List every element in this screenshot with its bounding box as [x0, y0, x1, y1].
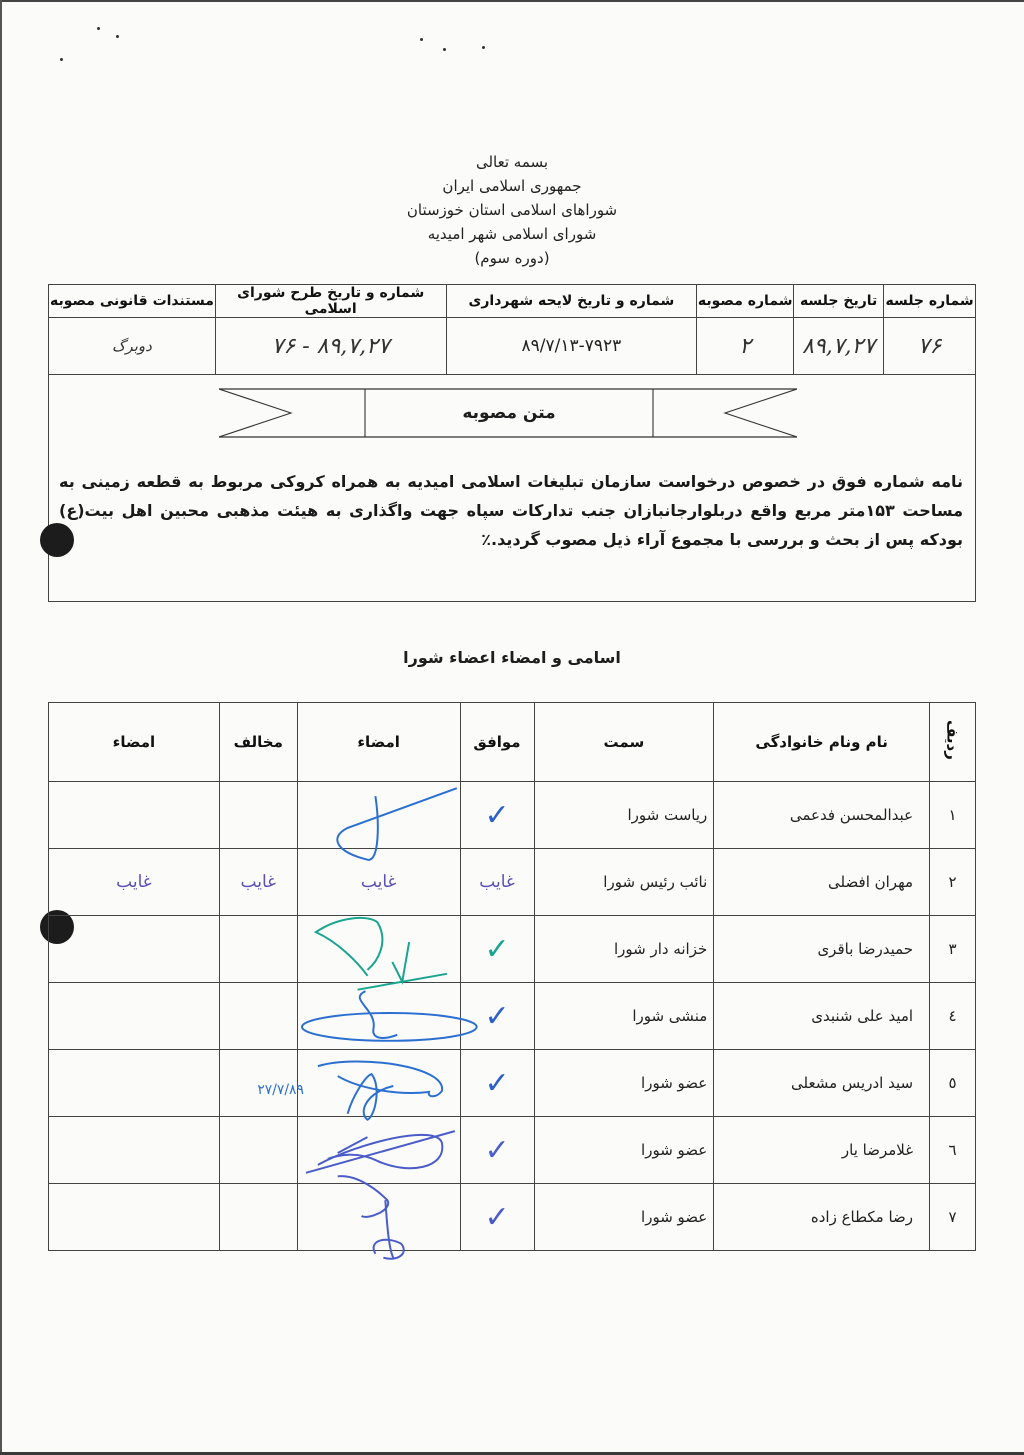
members-title: اسامی و امضاء اعضاء شورا — [362, 648, 662, 667]
member-name: امید علی شنبدی — [714, 983, 930, 1050]
session-info-value-row: ۷۶ ۸۹,۷,۲۷ ۲ ۸۹/۷/۱۳-۷۹۲۳ ۸۹,۷,۲۷ - ۷۶ د… — [49, 318, 976, 375]
council-plan-value: ۸۹,۷,۲۷ - ۷۶ — [215, 318, 446, 375]
check-mark-icon: ✓ — [484, 999, 509, 1034]
scan-speck — [116, 35, 119, 38]
member-position: نائب رئیس شورا — [534, 849, 714, 916]
oppose-mark — [219, 782, 297, 849]
absent-note: غایب — [361, 872, 397, 892]
oppose-mark — [219, 1050, 297, 1117]
signature-icon — [298, 1170, 460, 1264]
page-edge-left — [0, 0, 2, 1455]
agree-signature — [297, 1117, 460, 1184]
header-agree: موافق — [460, 703, 534, 782]
resolution-title: متن مصوبه — [365, 388, 653, 438]
oppose-signature: غایب — [49, 849, 220, 916]
header-line-province-councils: شوراهای اسلامی استان خوزستان — [300, 198, 724, 222]
scan-speck — [420, 38, 423, 41]
oppose-signature — [49, 1117, 220, 1184]
header-agree-signature: امضاء — [297, 703, 460, 782]
agree-signature: غایب — [297, 849, 460, 916]
resolution-box: متن مصوبه نامه شماره فوق در خصوص درخواست… — [48, 375, 976, 602]
member-position: عضو شورا — [534, 1050, 714, 1117]
member-position: عضو شورا — [534, 1184, 714, 1251]
member-row: ۲ مهران افضلی نائب رئیس شورا غایب غایب غ… — [49, 849, 976, 916]
row-number: ٦ — [930, 1117, 976, 1184]
agree-signature — [297, 916, 460, 983]
resolution-text: نامه شماره فوق در خصوص درخواست سازمان تب… — [59, 467, 963, 554]
document-header: بسمه تعالی جمهوری اسلامی ایران شوراهای ا… — [300, 150, 724, 270]
member-row: ٤ امید علی شنبدی منشی شورا ✓ — [49, 983, 976, 1050]
oppose-signature — [49, 983, 220, 1050]
header-full-name: نام ونام خانوادگی — [714, 703, 930, 782]
member-name: حمیدرضا باقری — [714, 916, 930, 983]
check-mark-icon: ✓ — [484, 1200, 509, 1235]
session-info-header-row: شماره جلسه تاریخ جلسه شماره مصوبه شماره … — [49, 285, 976, 318]
header-council-plan: شماره و تاریخ طرح شورای اسلامی — [215, 285, 446, 318]
header-oppose-signature: امضاء — [49, 703, 220, 782]
absent-note: غایب — [241, 872, 277, 892]
ribbon-container: متن مصوبه — [219, 388, 797, 438]
agree-mark: غایب — [460, 849, 534, 916]
member-row: ٥ سید ادریس مشعلی عضو شورا ✓ ۲۷/۷/۸۹ — [49, 1050, 976, 1117]
page-edge-top — [0, 0, 1024, 2]
row-number: ٤ — [930, 983, 976, 1050]
oppose-mark: غایب — [219, 849, 297, 916]
oppose-mark — [219, 983, 297, 1050]
header-line-republic: جمهوری اسلامی ایران — [300, 174, 724, 198]
member-row: ۷ رضا مکطاع زاده عضو شورا ✓ — [49, 1184, 976, 1251]
oppose-signature — [49, 916, 220, 983]
session-info-table: شماره جلسه تاریخ جلسه شماره مصوبه شماره … — [48, 284, 976, 375]
agree-mark: ✓ — [460, 782, 534, 849]
agree-mark: ✓ — [460, 1117, 534, 1184]
agree-mark: ✓ — [460, 983, 534, 1050]
municipal-bill-value: ۸۹/۷/۱۳-۷۹۲۳ — [446, 318, 697, 375]
header-line-bismillah: بسمه تعالی — [300, 150, 724, 174]
resolution-number-value: ۲ — [697, 318, 794, 375]
row-number: ٥ — [930, 1050, 976, 1117]
oppose-signature — [49, 782, 220, 849]
member-position: ریاست شورا — [534, 782, 714, 849]
session-number-value: ۷۶ — [884, 318, 976, 375]
agree-mark: ✓ — [460, 1184, 534, 1251]
header-session-number: شماره جلسه — [884, 285, 976, 318]
member-name: رضا مکطاع زاده — [714, 1184, 930, 1251]
header-position: سمت — [534, 703, 714, 782]
agree-mark: ✓ — [460, 916, 534, 983]
header-line-term: (دوره سوم) — [300, 246, 724, 270]
session-date-value: ۸۹,۷,۲۷ — [794, 318, 884, 375]
row-number: ۷ — [930, 1184, 976, 1251]
header-line-city-council: شورای اسلامی شهر امیدیه — [300, 222, 724, 246]
oppose-signature — [49, 1184, 220, 1251]
legal-documents-value: دوبرگ — [49, 318, 216, 375]
check-mark-icon: ✓ — [484, 798, 509, 833]
row-number: ۳ — [930, 916, 976, 983]
row-number: ۱ — [930, 782, 976, 849]
check-mark-icon: ✓ — [484, 932, 509, 967]
absent-note: غایب — [116, 872, 152, 892]
punch-hole — [40, 523, 74, 557]
oppose-mark — [219, 1117, 297, 1184]
member-position: منشی شورا — [534, 983, 714, 1050]
scan-speck — [443, 48, 446, 51]
oppose-mark — [219, 916, 297, 983]
member-row: ۱ عبدالمحسن فدعمی ریاست شورا ✓ — [49, 782, 976, 849]
council-members-table: ردیف نام ونام خانوادگی سمت موافق امضاء م… — [48, 702, 976, 1251]
member-name: مهران افضلی — [714, 849, 930, 916]
member-position: عضو شورا — [534, 1117, 714, 1184]
check-mark-icon: ✓ — [484, 1133, 509, 1168]
member-position: خزانه دار شورا — [534, 916, 714, 983]
check-mark-icon: ✓ — [484, 1066, 509, 1101]
header-session-date: تاریخ جلسه — [794, 285, 884, 318]
member-row: ۳ حمیدرضا باقری خزانه دار شورا ✓ — [49, 916, 976, 983]
member-row: ٦ غلامرضا یار عضو شورا ✓ — [49, 1117, 976, 1184]
agree-signature — [297, 1184, 460, 1251]
agree-signature: ۲۷/۷/۸۹ — [297, 1050, 460, 1117]
agree-mark: ✓ — [460, 1050, 534, 1117]
agree-signature — [297, 782, 460, 849]
header-row-number: ردیف — [930, 703, 976, 782]
scan-speck — [482, 46, 485, 49]
member-name: عبدالمحسن فدعمی — [714, 782, 930, 849]
header-oppose: مخالف — [219, 703, 297, 782]
header-municipal-bill: شماره و تاریخ لایحه شهرداری — [446, 285, 697, 318]
agree-signature — [297, 983, 460, 1050]
member-name: غلامرضا یار — [714, 1117, 930, 1184]
header-resolution-number: شماره مصوبه — [697, 285, 794, 318]
scan-speck — [60, 58, 63, 61]
header-legal-documents: مستندات قانونی مصوبه — [49, 285, 216, 318]
oppose-mark — [219, 1184, 297, 1251]
oppose-signature — [49, 1050, 220, 1117]
member-name: سید ادریس مشعلی — [714, 1050, 930, 1117]
row-number: ۲ — [930, 849, 976, 916]
absent-note: غایب — [479, 872, 515, 892]
members-header-row: ردیف نام ونام خانوادگی سمت موافق امضاء م… — [49, 703, 976, 782]
scan-speck — [97, 27, 100, 30]
